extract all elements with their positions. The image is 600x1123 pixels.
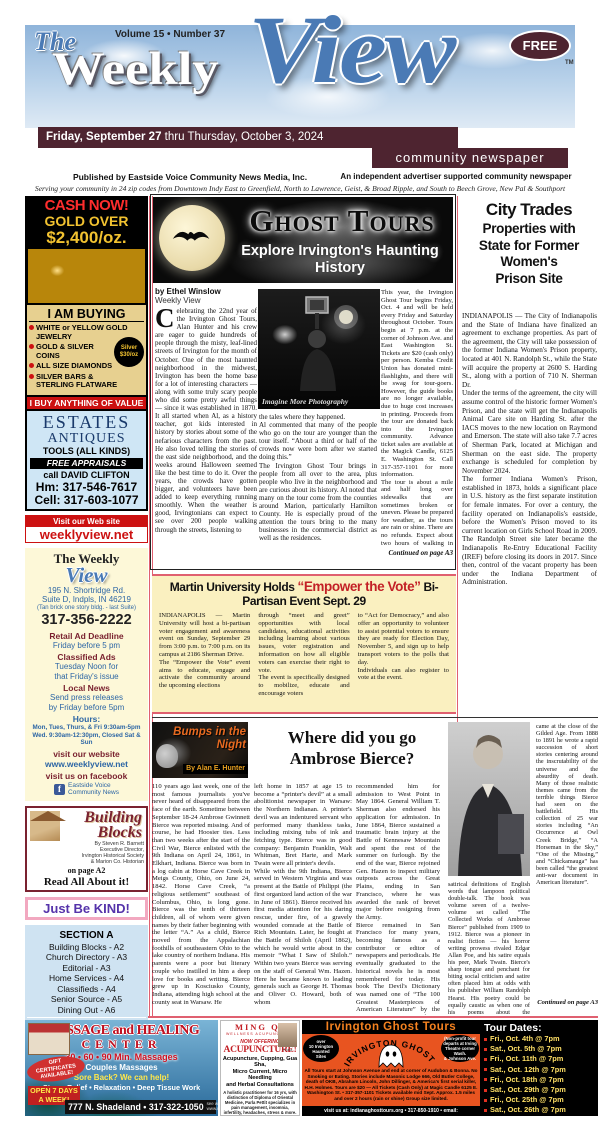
- tour-date: Sat., Oct. 5th @ 7pm: [490, 1044, 562, 1054]
- independent-line: An independent advertiser supported comm…: [330, 172, 582, 181]
- bierce-headline: Where did you go Ambrose Bierce?: [254, 727, 450, 769]
- bullet-icon: [484, 1048, 487, 1051]
- facebook-row[interactable]: f Eastside Voice Community News: [27, 782, 146, 797]
- buy-item-label: SILVER BARS & STERLING FLATWARE: [36, 373, 117, 390]
- index-item: Classifieds - A4: [27, 984, 146, 995]
- publisher-line: Published by Eastside Voice Community Ne…: [30, 172, 350, 182]
- martin-headline: Martin University Holds “Empower the Vot…: [159, 580, 449, 608]
- home-phone: Hm: 317-546-7617: [28, 481, 145, 494]
- website-strip[interactable]: Visit our Web site weeklyview.net: [25, 515, 148, 543]
- index-item: Editorial - A3: [27, 963, 146, 974]
- paper-contact-box: The Weekly View 195 N. Shortridge Rd. Su…: [25, 548, 148, 801]
- classified-text: Tuesday Noon for that Friday's issue: [27, 662, 146, 681]
- tour-date: Fri., Oct. 18th @ 7pm: [490, 1075, 564, 1085]
- article-column: Celebrating the 22nd year of the Irvingt…: [155, 307, 257, 565]
- portrait-silhouette: [448, 728, 530, 876]
- roof-icon: [30, 811, 66, 821]
- ambrose-bierce-portrait: [448, 722, 530, 876]
- bullet-icon: [484, 1109, 487, 1112]
- bullet-icon: [29, 363, 34, 368]
- bullet-icon: [484, 1058, 487, 1061]
- contact-logo-view: View: [27, 565, 146, 586]
- index-item: Home Services - A4: [27, 973, 146, 984]
- photo-credit: Imagine More Photography: [262, 397, 348, 406]
- acupuncture-services: Acupuncture, Cupping, Gua Sha, Micro Cur…: [222, 1056, 298, 1089]
- buy-item-label: ALL SIZE DIAMONDS: [36, 362, 112, 371]
- ghost-ad-footer[interactable]: visit us at: indianaghosttours.org • 317…: [302, 1106, 480, 1116]
- ghost-tour-photo: Imagine More Photography: [258, 289, 380, 409]
- practitioner-name: Parla: [278, 1047, 297, 1052]
- ghost-ad-main: Irvington Ghost Tours over 10 Irvington …: [302, 1020, 480, 1116]
- service-area-tagline: Serving your community in 24 zip codes f…: [25, 184, 575, 193]
- column-byline: By Alan E. Hunter: [183, 764, 248, 774]
- masthead-view: View: [248, 2, 454, 98]
- retail-deadline-text: Friday before 5 pm: [27, 641, 146, 651]
- massage-website-note[interactable]: see what our clients say www.massageheal…: [207, 1102, 218, 1112]
- list-item: Sat., Oct. 29th @ 7pm: [484, 1085, 594, 1095]
- martin-columns: INDIANAPOLIS — Martin University will ho…: [159, 612, 449, 720]
- local-news-header: Local News: [27, 683, 146, 693]
- estates-box: ESTATES ANTIQUES TOOLS (ALL KINDS) FREE …: [27, 411, 146, 509]
- ghost-tours-banner: Ghost Tours Explore Irvington's Haunting…: [153, 197, 453, 283]
- facebook-header: visit us on facebook: [27, 771, 146, 781]
- article-column: INDIANAPOLIS — Martin University will ho…: [159, 612, 250, 720]
- list-item: Sat., Oct. 5th @ 7pm: [484, 1044, 594, 1054]
- cash-now-headline: CASH NOW!: [27, 198, 146, 214]
- buy-item-label: GOLD & SILVER COINS: [36, 343, 94, 360]
- bullet-icon: [29, 325, 34, 330]
- list-item: Sat., Oct. 26th @ 7pm: [484, 1105, 594, 1115]
- bat-icon: [171, 223, 213, 251]
- drop-cap: C: [155, 307, 175, 330]
- website-header: visit our website: [27, 749, 146, 759]
- buy-anything-band: I BUY ANYTHING OF VALUE: [27, 397, 146, 409]
- haunted-sites-bubble: over 10 Irvington Haunted Sites: [303, 1035, 339, 1062]
- tour-dates-title: Tour Dates:: [484, 1022, 594, 1034]
- index-item: Building Blocks - A2: [27, 942, 146, 953]
- list-item: Sat., Oct. 12th @ 7pm: [484, 1065, 594, 1075]
- buying-header: I AM BUYING: [29, 307, 144, 322]
- index-item: Church Directory - A3: [27, 952, 146, 963]
- martin-headline-quote: “Empower the Vote”: [297, 579, 420, 594]
- trademark-mark: TM: [565, 60, 574, 66]
- article-column: 110 years ago last week, one of the most…: [152, 783, 250, 1015]
- silver-price-badge: Silver $30/oz: [114, 337, 144, 367]
- address-line: 195 N. Shortridge Rd.: [27, 586, 146, 596]
- nonprofit-bubble: (Non-profit tour departs at Irving Theat…: [441, 1035, 479, 1062]
- list-item: Fri., Oct. 11th @ 7pm: [484, 1054, 594, 1064]
- building-blocks-page-ref: on page A2: [29, 866, 144, 876]
- issue-date-start: Friday, September 27: [46, 131, 161, 143]
- ghost-icon: IRVINGTON GHOST TOURS: [341, 1033, 441, 1069]
- column-title: Bumps in the Night: [166, 726, 246, 751]
- martin-university-article: Martin University Holds “Empower the Vot…: [152, 574, 456, 714]
- bumps-in-the-night-banner: Bumps in the Night By Alan E. Hunter: [152, 722, 248, 778]
- massage-center-ad[interactable]: MASSAGE and HEALING CENTER 30 • 60 • 90 …: [25, 1020, 218, 1116]
- feature-subtitle: Explore Irvington's Haunting History: [225, 243, 453, 277]
- buying-list: I AM BUYING WHITE or YELLOW GOLD JEWELRY…: [27, 305, 146, 395]
- hours-header: Hours:: [27, 714, 146, 724]
- classified-header: Classified Ads: [27, 652, 146, 662]
- facebook-icon[interactable]: f: [54, 784, 65, 795]
- volume-number: Volume 15 • Number 37: [115, 29, 225, 40]
- article-column: came at the close of the Gilded Age. Fro…: [536, 723, 598, 995]
- facebook-page-name: Eastside Voice Community News: [68, 782, 119, 797]
- article-column: through “meet and greet” opportunities w…: [258, 612, 349, 720]
- feature-title: Ghost Tours: [231, 203, 453, 239]
- read-all-about-it: Read All About it!: [29, 876, 144, 888]
- list-item: Fri., Oct. 4th @ 7pm: [484, 1034, 594, 1044]
- tour-date: Sat., Oct. 29th @ 7pm: [490, 1085, 566, 1095]
- free-badge: FREE: [509, 30, 571, 61]
- continued-note: Continued on page A3: [528, 999, 598, 1006]
- section-a-title: SECTION A: [27, 929, 146, 942]
- moon-icon: [159, 205, 225, 271]
- contact-name: call DAVID CLIFTON: [28, 470, 145, 481]
- city-trades-body: INDIANAPOLIS — The City of Indianapolis …: [462, 312, 597, 738]
- bullet-icon: [484, 1089, 487, 1092]
- gold-price: $2,400/oz.: [27, 229, 146, 247]
- article-column: left home in 1857 at age 15 to become a …: [254, 783, 352, 1015]
- just-be-kind-note: Just Be KIND!: [25, 897, 148, 920]
- address-note: (Tan brick one story bldg. - last Suite): [27, 605, 146, 612]
- free-appraisals-label: FREE APPRAISALS: [30, 458, 143, 469]
- newspaper-front-page: The Volume 15 • Number 37 Weekly View TM…: [0, 0, 600, 1123]
- community-newspaper-bar: community newspaper: [372, 148, 568, 168]
- left-sidebar: CASH NOW! GOLD OVER $2,400/oz. I AM BUYI…: [25, 196, 148, 1113]
- storefront-photo: [28, 1023, 70, 1055]
- article-column: satirical definitions of English words t…: [448, 881, 530, 1015]
- ghost-ad-details: All Tours start at Johnson Avenue and en…: [304, 1068, 478, 1101]
- index-item: Senior Source - A5: [27, 994, 146, 1005]
- bullet-icon: [484, 1078, 487, 1081]
- gold-buyer-ad[interactable]: CASH NOW! GOLD OVER $2,400/oz. I AM BUYI…: [25, 196, 148, 511]
- acupuncture-ad[interactable]: MING QI WELLNESS ACUPUNCTURE Parla NOW O…: [220, 1020, 300, 1116]
- retail-deadline-header: Retail Ad Deadline: [27, 631, 146, 641]
- local-news-text: Send press releases by Friday before 5pm: [27, 693, 146, 712]
- cell-phone: Cell: 317-603-1077: [28, 494, 145, 507]
- practitioner-photo: [278, 1023, 297, 1047]
- estates-label: ESTATES: [28, 413, 145, 431]
- acupuncture-fine-print: A holistic practitioner for 16 yrs, with…: [222, 1090, 298, 1115]
- antiques-label: ANTIQUES: [28, 431, 145, 446]
- weeklyview-url[interactable]: weeklyview.net: [26, 527, 147, 542]
- issue-date-rest: thru Thursday, October 3, 2024: [161, 131, 323, 143]
- bierce-article: Bumps in the Night By Alan E. Hunter Whe…: [152, 721, 598, 1015]
- article-column: the tales where they happened. Al commen…: [259, 413, 377, 563]
- bullet-icon: [484, 1068, 487, 1071]
- tour-date: Sat., Oct. 12th @ 7pm: [490, 1065, 566, 1075]
- martin-headline-left: Martin University Holds: [170, 580, 298, 594]
- tour-dates-panel: Tour Dates: Fri., Oct. 4th @ 7pm Sat., O…: [480, 1020, 598, 1116]
- list-item: Fri., Oct. 25th @ 7pm: [484, 1095, 594, 1105]
- city-trades-headline-rest: Properties with State for Former Women's…: [462, 221, 596, 287]
- masthead-weekly: Weekly: [52, 46, 219, 93]
- article-column: to “Act for Democracy,” and also offer a…: [358, 612, 449, 720]
- tour-guide-silhouette: [276, 295, 364, 391]
- byline-paper: Weekly View: [155, 296, 201, 305]
- city-trades-headline: City Trades: [462, 200, 596, 219]
- buy-item-label: WHITE or YELLOW GOLD JEWELRY: [36, 324, 128, 341]
- index-item: Dining Out - A6: [27, 1005, 146, 1016]
- list-item: SILVER BARS & STERLING FLATWARE: [29, 373, 144, 390]
- issue-date-bar: Friday, September 27 thru Thursday, Octo…: [38, 127, 458, 148]
- bullet-icon: [484, 1099, 487, 1102]
- bullet-icon: [484, 1038, 487, 1041]
- house-books-icon: [30, 811, 60, 841]
- tour-date: Fri., Oct. 25th @ 7pm: [490, 1095, 564, 1105]
- gold-over-line: GOLD OVER: [27, 214, 146, 229]
- building-blocks-byline: By Steven R. Barnett Executive Director,…: [29, 841, 144, 865]
- ghost-ad-title: Irvington Ghost Tours: [302, 1020, 480, 1034]
- massage-address-phone: 777 N. Shadeland • 317-322-1050: [68, 1102, 204, 1112]
- list-item: Fri., Oct. 18th @ 7pm: [484, 1075, 594, 1085]
- hours-text: Mon, Tues, Thurs, & Fri 9:30am-5pm Wed. …: [27, 724, 146, 747]
- address-line: Suite D, Indpls, IN 46219: [27, 595, 146, 605]
- ghost-tours-feature: Ghost Tours Explore Irvington's Haunting…: [150, 194, 456, 570]
- continued-note: Continued on page A3: [381, 549, 453, 557]
- tour-date: Fri., Oct. 11th @ 7pm: [490, 1054, 563, 1064]
- bullet-icon: [29, 344, 34, 349]
- article-text: elebrating the 22nd year of the Irvingto…: [155, 307, 257, 534]
- tools-label: TOOLS (ALL KINDS): [28, 446, 145, 457]
- gold-jewelry-photo: [28, 249, 145, 303]
- article-column: This year, the Irvington Ghost Tour begi…: [381, 289, 453, 547]
- byline-author: by Ethel Winslow: [155, 287, 221, 296]
- city-trades-divider: [457, 196, 458, 738]
- bullet-icon: [29, 374, 34, 379]
- tour-date: Sat., Oct. 26th @ 7pm: [490, 1105, 566, 1115]
- building-blocks-promo: Building Blocks By Steven R. Barnett Exe…: [25, 806, 148, 892]
- massage-contact-strip: 777 N. Shadeland • 317-322-1050 see what…: [65, 1100, 216, 1114]
- website-url[interactable]: www.weeklyview.net: [27, 759, 146, 769]
- visit-site-label: Visit our Web site: [26, 516, 147, 527]
- article-column: recommended him for admission to West Po…: [356, 783, 440, 1015]
- office-phone: 317-356-2222: [27, 612, 146, 629]
- irvington-ghost-tours-ad[interactable]: Irvington Ghost Tours over 10 Irvington …: [302, 1020, 598, 1116]
- tour-date: Fri., Oct. 4th @ 7pm: [490, 1034, 560, 1044]
